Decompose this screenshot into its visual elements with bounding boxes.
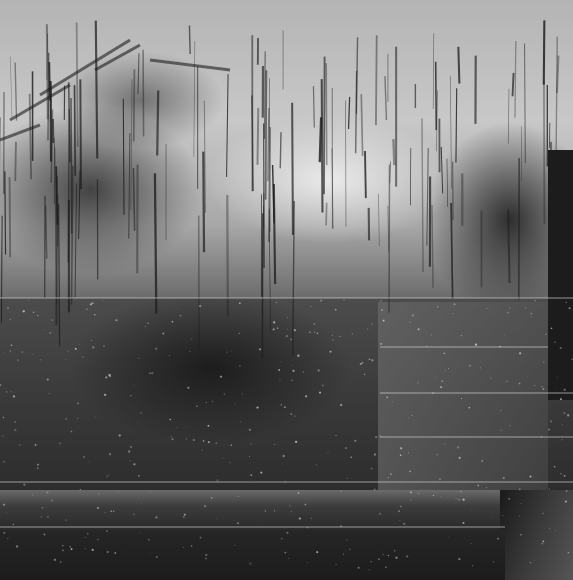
- photograph: [0, 0, 573, 580]
- paint-drips-overlay: [0, 0, 573, 580]
